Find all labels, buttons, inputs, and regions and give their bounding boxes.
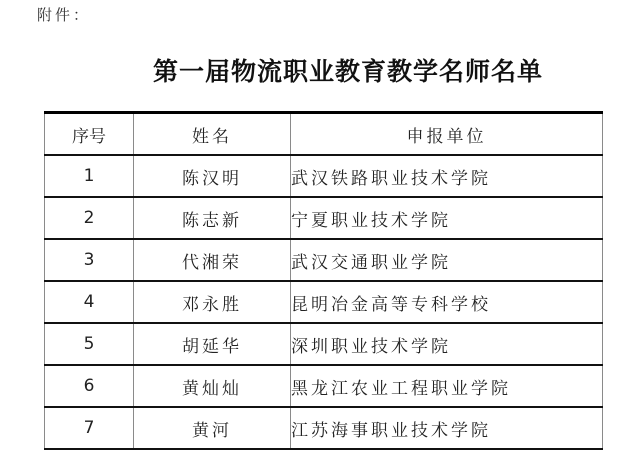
- cell-serial-number: 2: [45, 197, 134, 239]
- cell-serial-number: 3: [45, 239, 134, 281]
- cell-applying-unit: 宁夏职业技术学院: [291, 197, 603, 239]
- table-row: 7 黄河 江苏海事职业技术学院: [45, 407, 603, 449]
- cell-serial-number: 5: [45, 323, 134, 365]
- cell-name: 邓永胜: [134, 281, 291, 323]
- attachment-label: 附件：: [37, 4, 91, 25]
- table-header-row: 序号 姓名 申报单位: [45, 113, 603, 156]
- cell-applying-unit: 江苏海事职业技术学院: [291, 407, 603, 449]
- header-applying-unit: 申报单位: [291, 113, 603, 156]
- cell-serial-number: 6: [45, 365, 134, 407]
- cell-serial-number: 1: [45, 155, 134, 197]
- cell-applying-unit: 深圳职业技术学院: [291, 323, 603, 365]
- table-row: 5 胡延华 深圳职业技术学院: [45, 323, 603, 365]
- document-title: 第一届物流职业教育教学名师名单: [0, 52, 638, 88]
- cell-applying-unit: 黑龙江农业工程职业学院: [291, 365, 603, 407]
- cell-name: 黄灿灿: [134, 365, 291, 407]
- table-row: 6 黄灿灿 黑龙江农业工程职业学院: [45, 365, 603, 407]
- cell-serial-number: 7: [45, 407, 134, 449]
- cell-name: 黄河: [134, 407, 291, 449]
- table-row: 1 陈汉明 武汉铁路职业技术学院: [45, 155, 603, 197]
- table-row: 3 代湘荣 武汉交通职业学院: [45, 239, 603, 281]
- header-serial-number: 序号: [45, 113, 134, 156]
- cell-applying-unit: 武汉铁路职业技术学院: [291, 155, 603, 197]
- table-row: 2 陈志新 宁夏职业技术学院: [45, 197, 603, 239]
- cell-applying-unit: 武汉交通职业学院: [291, 239, 603, 281]
- table-row: 4 邓永胜 昆明冶金高等专科学校: [45, 281, 603, 323]
- cell-serial-number: 4: [45, 281, 134, 323]
- teacher-roster-table: 序号 姓名 申报单位 1 陈汉明 武汉铁路职业技术学院 2 陈志新 宁夏职业技术…: [44, 111, 603, 450]
- cell-name: 陈汉明: [134, 155, 291, 197]
- header-name: 姓名: [134, 113, 291, 156]
- cell-name: 代湘荣: [134, 239, 291, 281]
- cell-name: 陈志新: [134, 197, 291, 239]
- cell-name: 胡延华: [134, 323, 291, 365]
- cell-applying-unit: 昆明冶金高等专科学校: [291, 281, 603, 323]
